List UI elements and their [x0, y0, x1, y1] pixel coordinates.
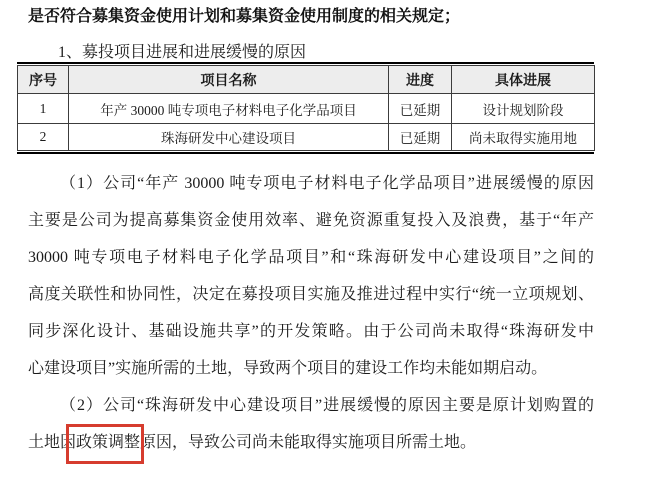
paragraph-line: 主要是公司为提高募集资金使用效率、避免资源重复投入及浪费，基于“年产 — [28, 202, 594, 239]
paragraph-line: 高度关联性和协同性，决定在募投项目实施及推进过程中实行“统一立项规划、 — [28, 276, 594, 313]
cell-no: 2 — [18, 124, 69, 151]
paragraph-line: 同步深化设计、基础设施共享”的开发策略。由于公司尚未取得“珠海研发中 — [28, 313, 594, 350]
table-row: 2 珠海研发中心建设项目 已延期 尚未取得实施用地 — [18, 124, 595, 151]
paragraph-line: （2）公司“珠海研发中心建设项目”进展缓慢的原因主要是原计划购置的 — [28, 387, 594, 424]
projects-table: 序号 项目名称 进度 具体进展 1 年产 30000 吨专项电子材料电子化学品项… — [17, 62, 594, 154]
doc-heading: 是否符合募集资金使用计划和募集资金使用制度的相关规定； — [28, 6, 628, 28]
paragraph-line: （1）公司“年产 30000 吨专项电子材料电子化学品项目”进展缓慢的原因 — [28, 165, 594, 202]
paragraph-line: 土地因政策调整原因，导致公司尚未能取得实施项目所需土地。 — [28, 424, 594, 461]
header-cell-progress: 进度 — [389, 66, 452, 94]
table-row: 1 年产 30000 吨专项电子材料电子化学品项目 已延期 设计规划阶段 — [18, 94, 595, 124]
cell-detail: 设计规划阶段 — [452, 94, 595, 124]
header-cell-no: 序号 — [18, 66, 69, 94]
table-header-row: 序号 项目名称 进度 具体进展 — [18, 66, 595, 94]
cell-progress: 已延期 — [389, 124, 452, 151]
cell-detail: 尚未取得实施用地 — [452, 124, 595, 151]
body-text: （1）公司“年产 30000 吨专项电子材料电子化学品项目”进展缓慢的原因 主要… — [28, 165, 594, 461]
paragraph-line: 心建设项目”实施所需的土地，导致两个项目的建设工作均未能如期启动。 — [28, 350, 594, 387]
projects-table-grid: 序号 项目名称 进度 具体进展 1 年产 30000 吨专项电子材料电子化学品项… — [17, 65, 595, 151]
cell-progress: 已延期 — [389, 94, 452, 124]
table-top-rule — [17, 62, 594, 64]
document-page: 是否符合募集资金使用计划和募集资金使用制度的相关规定； 1、募投项目进展和进展缓… — [0, 0, 660, 489]
header-cell-project-name: 项目名称 — [69, 66, 389, 94]
section-heading: 1、募投项目进展和进展缓慢的原因 — [58, 42, 306, 64]
header-cell-detail: 具体进展 — [452, 66, 595, 94]
cell-project-name: 年产 30000 吨专项电子材料电子化学品项目 — [69, 94, 389, 124]
paragraph-line: 30000 吨专项电子材料电子化学品项目”和“珠海研发中心建设项目”之间的 — [28, 239, 594, 276]
table-bottom-rule — [17, 152, 594, 154]
cell-project-name: 珠海研发中心建设项目 — [69, 124, 389, 151]
cell-no: 1 — [18, 94, 69, 124]
